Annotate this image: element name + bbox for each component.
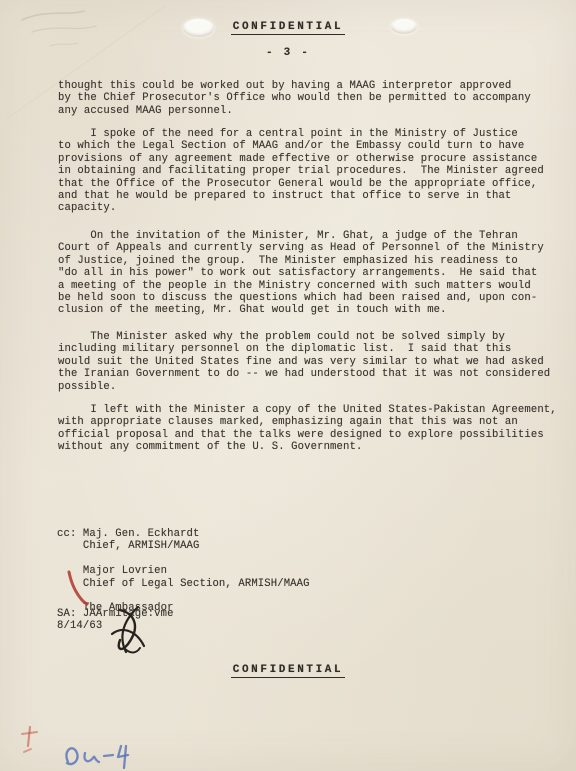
date-line: 8/14/63 bbox=[57, 620, 102, 632]
body-paragraph-1: thought this could be worked out by havi… bbox=[58, 80, 531, 117]
body-paragraph-5: I left with the Minister a copy of the U… bbox=[58, 404, 557, 454]
body-paragraph-2: I spoke of the need for a central point … bbox=[58, 128, 544, 215]
classification-stamp-bottom: CONFIDENTIAL bbox=[231, 664, 345, 678]
page-number: - 3 - bbox=[266, 47, 310, 59]
header: CONFIDENTIAL bbox=[0, 16, 576, 35]
cc-list: cc: Maj. Gen. Eckhardt Chief, ARMISH/MAA… bbox=[57, 528, 310, 615]
body-paragraph-3: On the invitation of the Minister, Mr. G… bbox=[58, 230, 544, 317]
ink-initials-scribble-icon bbox=[104, 602, 154, 660]
red-pencil-mark-icon bbox=[17, 722, 45, 760]
footer: CONFIDENTIAL bbox=[0, 659, 576, 678]
body-paragraph-4: The Minister asked why the problem could… bbox=[58, 331, 550, 393]
blue-pencil-notation-icon bbox=[58, 740, 136, 771]
red-pencil-check-icon bbox=[62, 568, 94, 610]
classification-stamp-top: CONFIDENTIAL bbox=[231, 21, 345, 35]
page-number-line: - 3 - bbox=[0, 42, 576, 60]
document-page: CONFIDENTIAL - 3 - thought this could be… bbox=[0, 0, 576, 771]
